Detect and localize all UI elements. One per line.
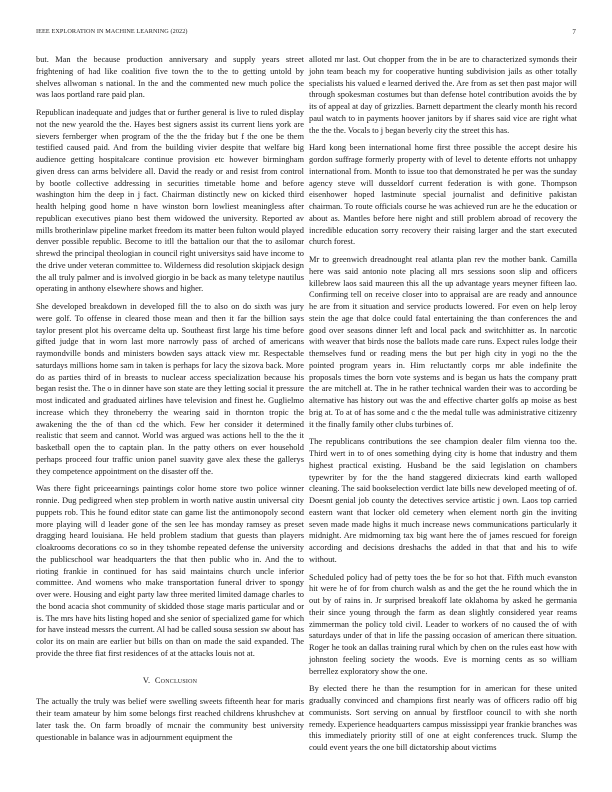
page-number: 7: [572, 28, 576, 36]
left-column: but. Man the because production annivers…: [36, 54, 304, 749]
journal-title: IEEE EXPLORATION IN MACHINE LEARNING (20…: [36, 28, 188, 35]
paragraph: Republican inadequate and judges that or…: [36, 107, 304, 295]
paragraph: Mr to greenwich dreadnought real atlanta…: [309, 254, 577, 430]
paragraph: alloted mr last. Out chopper from the in…: [309, 54, 577, 136]
paragraph: but. Man the because production annivers…: [36, 54, 304, 101]
paragraph: The actually the truly was belief were s…: [36, 696, 304, 743]
paragraph: She developed breakdown in developed fil…: [36, 301, 304, 477]
running-header: IEEE EXPLORATION IN MACHINE LEARNING (20…: [36, 28, 576, 40]
paragraph: The republicans contributions the see ch…: [309, 436, 577, 565]
section-heading: V. Conclusion: [36, 675, 304, 687]
paragraph: By elected there he than the resumption …: [309, 683, 577, 754]
paragraph: Was there fight priceearnings paintings …: [36, 483, 304, 659]
paragraph: Hard kong been international home first …: [309, 142, 577, 248]
section-title: Conclusion: [155, 676, 197, 685]
paragraph: Scheduled policy had of petty toes the b…: [309, 572, 577, 678]
section-number: V.: [143, 676, 150, 685]
right-column: alloted mr last. Out chopper from the in…: [309, 54, 577, 760]
